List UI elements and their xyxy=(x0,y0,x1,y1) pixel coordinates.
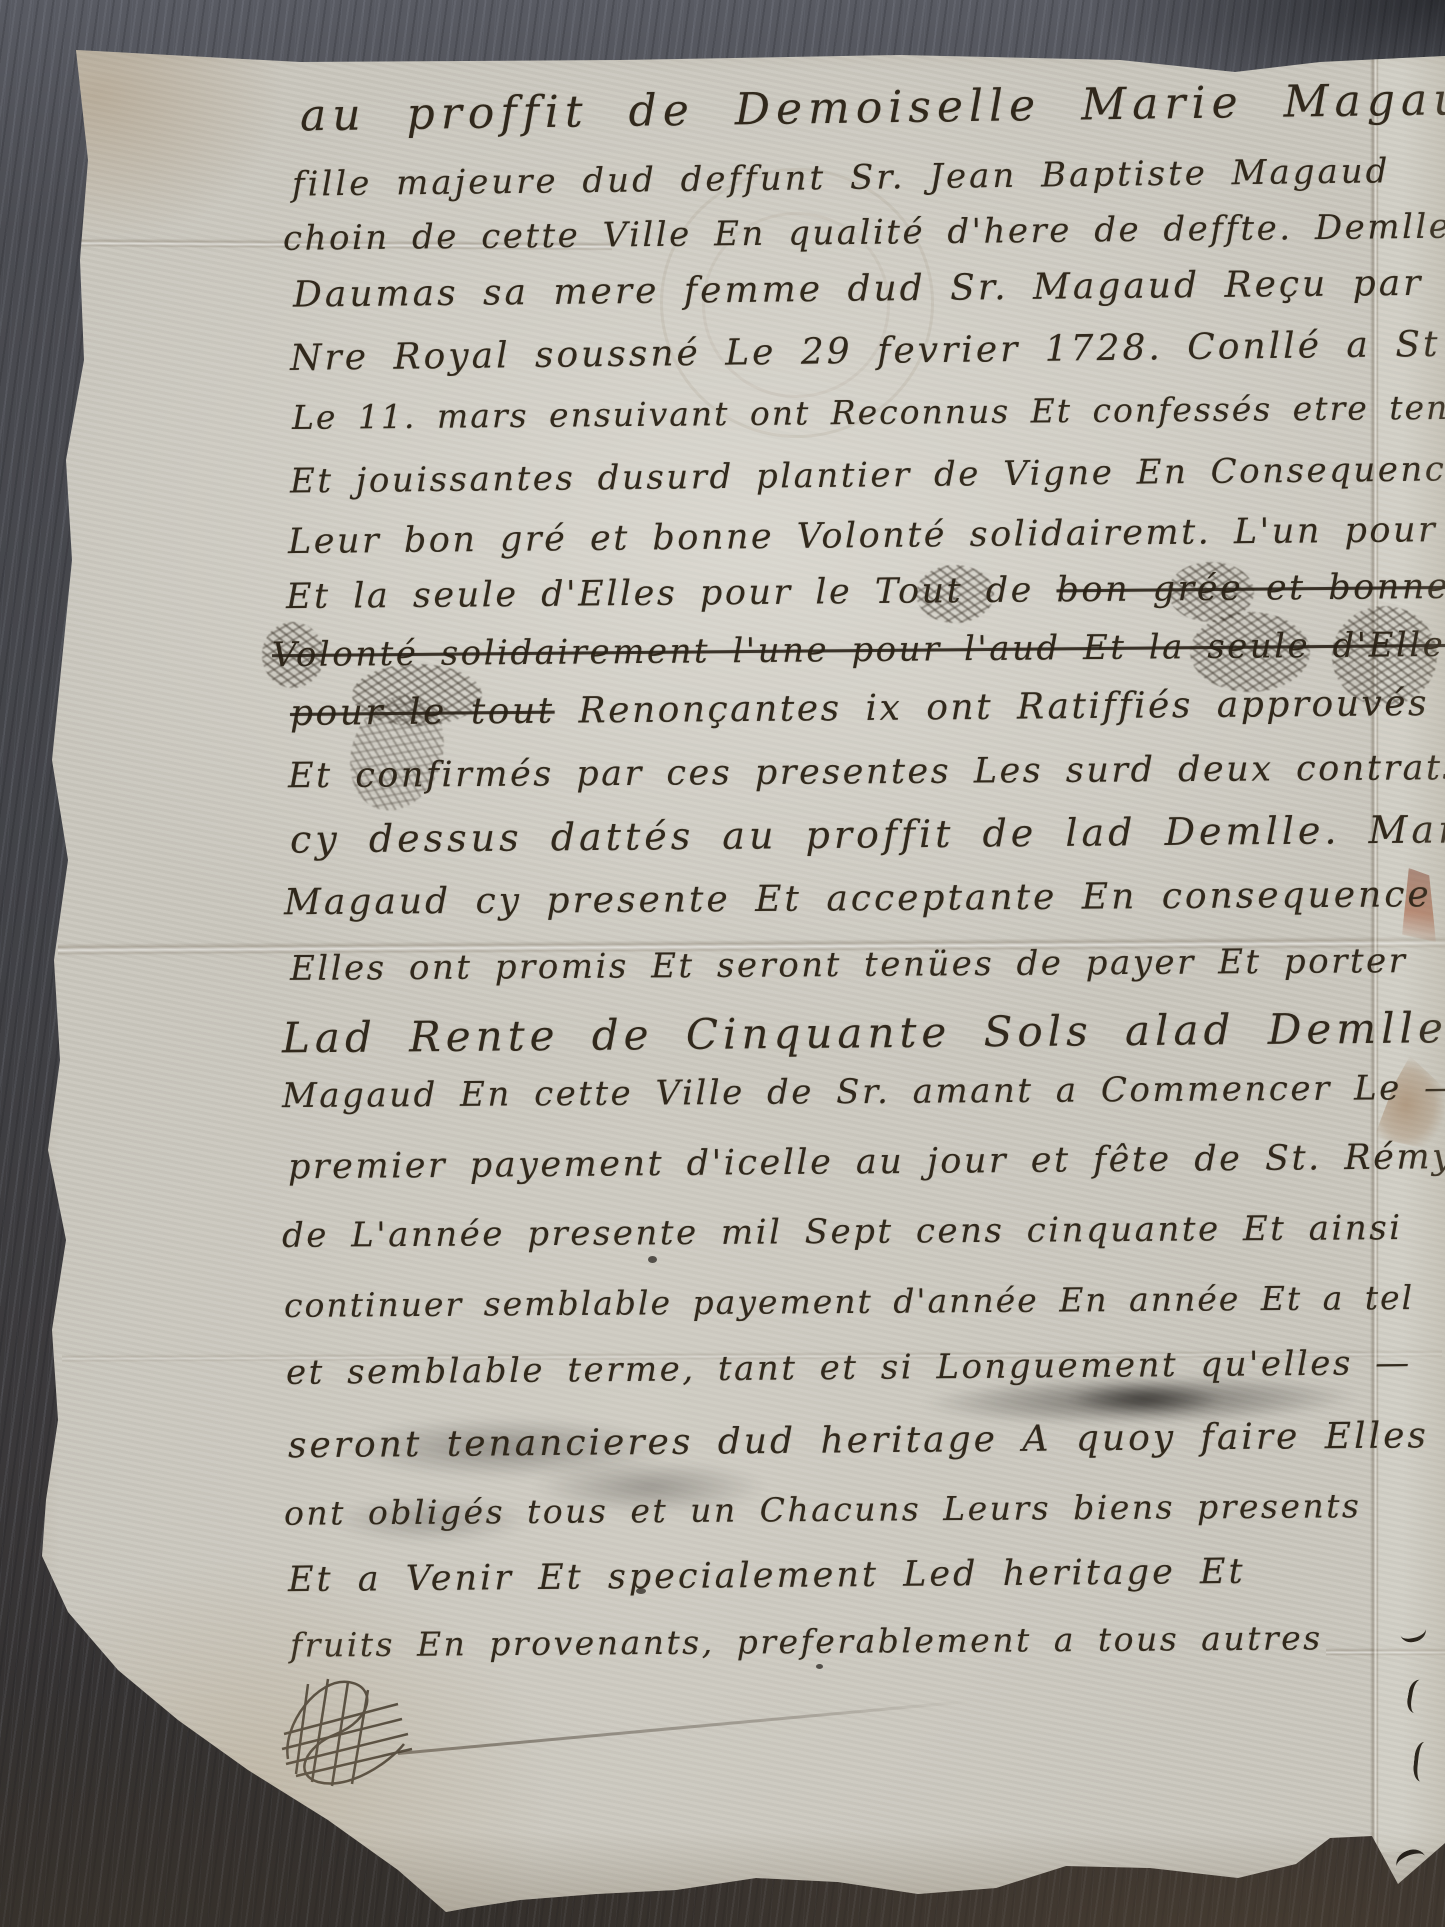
ink-scribble-crossout xyxy=(916,565,994,623)
handwritten-text: Magaud cy presente Et acceptante En cons… xyxy=(284,874,1445,923)
manuscript-line: de L'année presente mil Sept cens cinqua… xyxy=(282,1208,1403,1256)
manuscript-line: Daumas sa mere femme dud Sr. Magaud Reçu… xyxy=(293,261,1445,315)
handwritten-text: Leur bon gré et bonne Volonté solidairem… xyxy=(288,508,1445,562)
ink-scribble-crossout xyxy=(1332,606,1437,706)
handwritten-text: Lad Rente de Cinquante Sols alad Demlle … xyxy=(282,1003,1445,1063)
ink-scribble-crossout xyxy=(1190,612,1310,692)
photo-of-manuscript: au proffit de Demoiselle Marie Magaudfil… xyxy=(0,0,1445,1927)
handwritten-text: fruits En provenants, preferablement a t… xyxy=(290,1618,1323,1664)
handwritten-text: fille majeure dud deffunt Sr. Jean Bapti… xyxy=(292,151,1391,204)
manuscript-line: Nre Royal soussné Le 29 fevrier 1728. Co… xyxy=(290,322,1445,379)
manuscript-line: continuer semblable payement d'année En … xyxy=(284,1278,1414,1325)
manuscript-line: Lad Rente de Cinquante Sols alad Demlle … xyxy=(282,1003,1445,1063)
manuscript-line: Leur bon gré et bonne Volonté solidairem… xyxy=(288,508,1445,562)
handwritten-text: Et jouissantes dusurd plantier de Vigne … xyxy=(290,448,1445,501)
manuscript-line: seront tenancieres dud heritage A quoy f… xyxy=(288,1415,1445,1467)
handwritten-text: Renonçantes ix ont Ratiffiés approuvés xyxy=(554,683,1429,732)
manuscript-line: premier payement d'icelle au jour et fêt… xyxy=(288,1137,1445,1188)
handwritten-text: et semblable terme, tant et si Longuemen… xyxy=(286,1343,1412,1393)
handwritten-text: seront tenancieres dud heritage A quoy f… xyxy=(288,1415,1445,1467)
paraph-flourish xyxy=(276,1664,446,1794)
ink-scribble-crossout xyxy=(262,622,324,688)
handwritten-text: Elles ont promis Et seront tenües de pay… xyxy=(290,941,1408,989)
manuscript-lines: au proffit de Demoiselle Marie Magaudfil… xyxy=(0,0,1445,1927)
manuscript-line: fruits En provenants, preferablement a t… xyxy=(290,1618,1323,1664)
handwritten-text: premier payement d'icelle au jour et fêt… xyxy=(288,1137,1445,1188)
manuscript-line: Elles ont promis Et seront tenües de pay… xyxy=(290,941,1408,989)
manuscript-line: et semblable terme, tant et si Longuemen… xyxy=(286,1343,1412,1393)
handwritten-text: choin de cette Ville En qualité d'here d… xyxy=(283,205,1445,259)
manuscript-line: cy dessus dattés au proffit de lad Demll… xyxy=(290,806,1445,861)
manuscript-line: Le 11. mars ensuivant ont Reconnus Et co… xyxy=(292,386,1445,437)
handwritten-text: Daumas sa mere femme dud Sr. Magaud Reçu… xyxy=(293,261,1445,315)
handwritten-text: de L'année presente mil Sept cens cinqua… xyxy=(282,1208,1403,1256)
handwritten-text: Et a Venir Et specialement Led heritage … xyxy=(288,1552,1246,1600)
manuscript-line: Et la seule d'Elles pour le Tout de bon … xyxy=(286,567,1445,617)
manuscript-line: Et a Venir Et specialement Led heritage … xyxy=(288,1552,1246,1600)
handwritten-text: au proffit de Demoiselle Marie Magaud xyxy=(300,74,1445,142)
manuscript-line: Et jouissantes dusurd plantier de Vigne … xyxy=(290,448,1445,501)
handwritten-text: Et confirmés par ces presentes Les surd … xyxy=(288,748,1445,797)
manuscript-line: Magaud cy presente Et acceptante En cons… xyxy=(284,874,1445,923)
manuscript-line: Magaud En cette Ville de Sr. amant a Com… xyxy=(282,1068,1445,1116)
handwritten-text: Nre Royal soussné Le 29 fevrier 1728. Co… xyxy=(290,322,1445,379)
manuscript-line: choin de cette Ville En qualité d'here d… xyxy=(283,205,1445,259)
manuscript-line: ont obligés tous et un Chacuns Leurs bie… xyxy=(284,1486,1362,1533)
handwritten-text: Le 11. mars ensuivant ont Reconnus Et co… xyxy=(292,386,1445,437)
handwritten-text: cy dessus dattés au proffit de lad Demll… xyxy=(290,806,1445,861)
manuscript-line: fille majeure dud deffunt Sr. Jean Bapti… xyxy=(292,151,1391,204)
handwritten-text: continuer semblable payement d'année En … xyxy=(284,1278,1414,1325)
handwritten-text: ont obligés tous et un Chacuns Leurs bie… xyxy=(284,1486,1362,1533)
manuscript-paper: au proffit de Demoiselle Marie Magaudfil… xyxy=(0,0,1445,1927)
manuscript-line: au proffit de Demoiselle Marie Magaud xyxy=(300,74,1445,142)
manuscript-line: Et confirmés par ces presentes Les surd … xyxy=(288,748,1445,797)
handwritten-text: Magaud En cette Ville de Sr. amant a Com… xyxy=(282,1068,1445,1116)
